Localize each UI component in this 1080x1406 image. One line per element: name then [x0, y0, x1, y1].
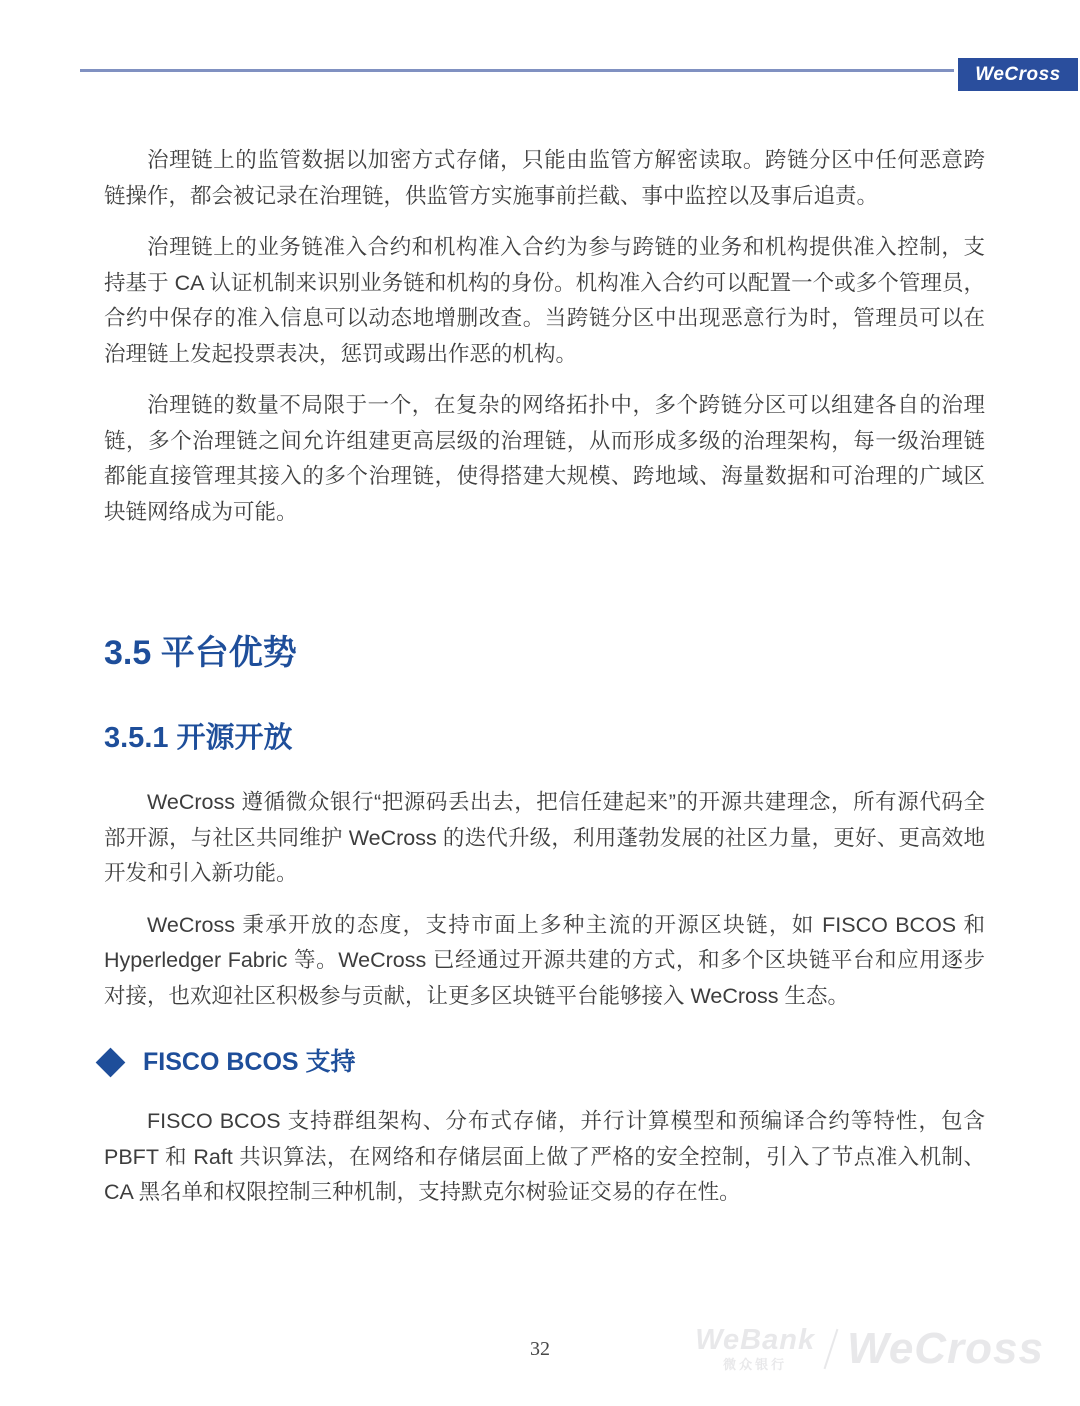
- brand-divider-slash: [824, 1328, 839, 1369]
- wecross-watermark-text: WeCross: [847, 1327, 1044, 1371]
- feature-heading-fisco-bcos: FISCO BCOS 支持: [143, 1047, 356, 1077]
- paragraph-open-attitude: WeCross 秉承开放的态度，支持市面上多种主流的开源区块链，如 FISCO …: [104, 908, 985, 1015]
- feature-heading-row: FISCO BCOS 支持: [100, 1047, 985, 1077]
- footer-brand-watermark: WeBank 微众银行 WeCross: [695, 1326, 1044, 1371]
- document-page: WeCross 治理链上的监管数据以加密方式存储，只能由监管方解密读取。跨链分区…: [0, 0, 1080, 1406]
- webank-logo: WeBank 微众银行: [695, 1326, 815, 1371]
- paragraph-fisco-bcos-features: FISCO BCOS 支持群组架构、分布式存储，并行计算模型和预编译合约等特性，…: [104, 1104, 985, 1211]
- page-body: 治理链上的监管数据以加密方式存储，只能由监管方解密读取。跨链分区中任何恶意跨链操…: [104, 143, 985, 1227]
- section-heading-platform-advantages: 3.5 平台优势: [104, 633, 985, 673]
- wecross-logo: WeCross: [958, 58, 1078, 91]
- paragraph-governance-topology: 治理链的数量不局限于一个，在复杂的网络拓扑中，多个跨链分区可以组建各自的治理链，…: [104, 388, 985, 530]
- paragraph-access-contracts: 治理链上的业务链准入合约和机构准入合约为参与跨链的业务和机构提供准入控制，支持基…: [104, 230, 985, 372]
- paragraph-open-source-philosophy: WeCross 遵循微众银行“把源码丢出去，把信任建起来”的开源共建理念，所有源…: [104, 785, 985, 892]
- webank-logo-subtext: 微众银行: [723, 1358, 787, 1371]
- header-divider-line: [80, 69, 954, 72]
- webank-logo-text: WeBank: [695, 1326, 815, 1355]
- wecross-logo-text: WeCross: [975, 64, 1061, 86]
- diamond-icon: [96, 1047, 126, 1077]
- subsection-heading-open-source: 3.5.1 开源开放: [104, 720, 985, 756]
- paragraph-governance-data: 治理链上的监管数据以加密方式存储，只能由监管方解密读取。跨链分区中任何恶意跨链操…: [104, 143, 985, 214]
